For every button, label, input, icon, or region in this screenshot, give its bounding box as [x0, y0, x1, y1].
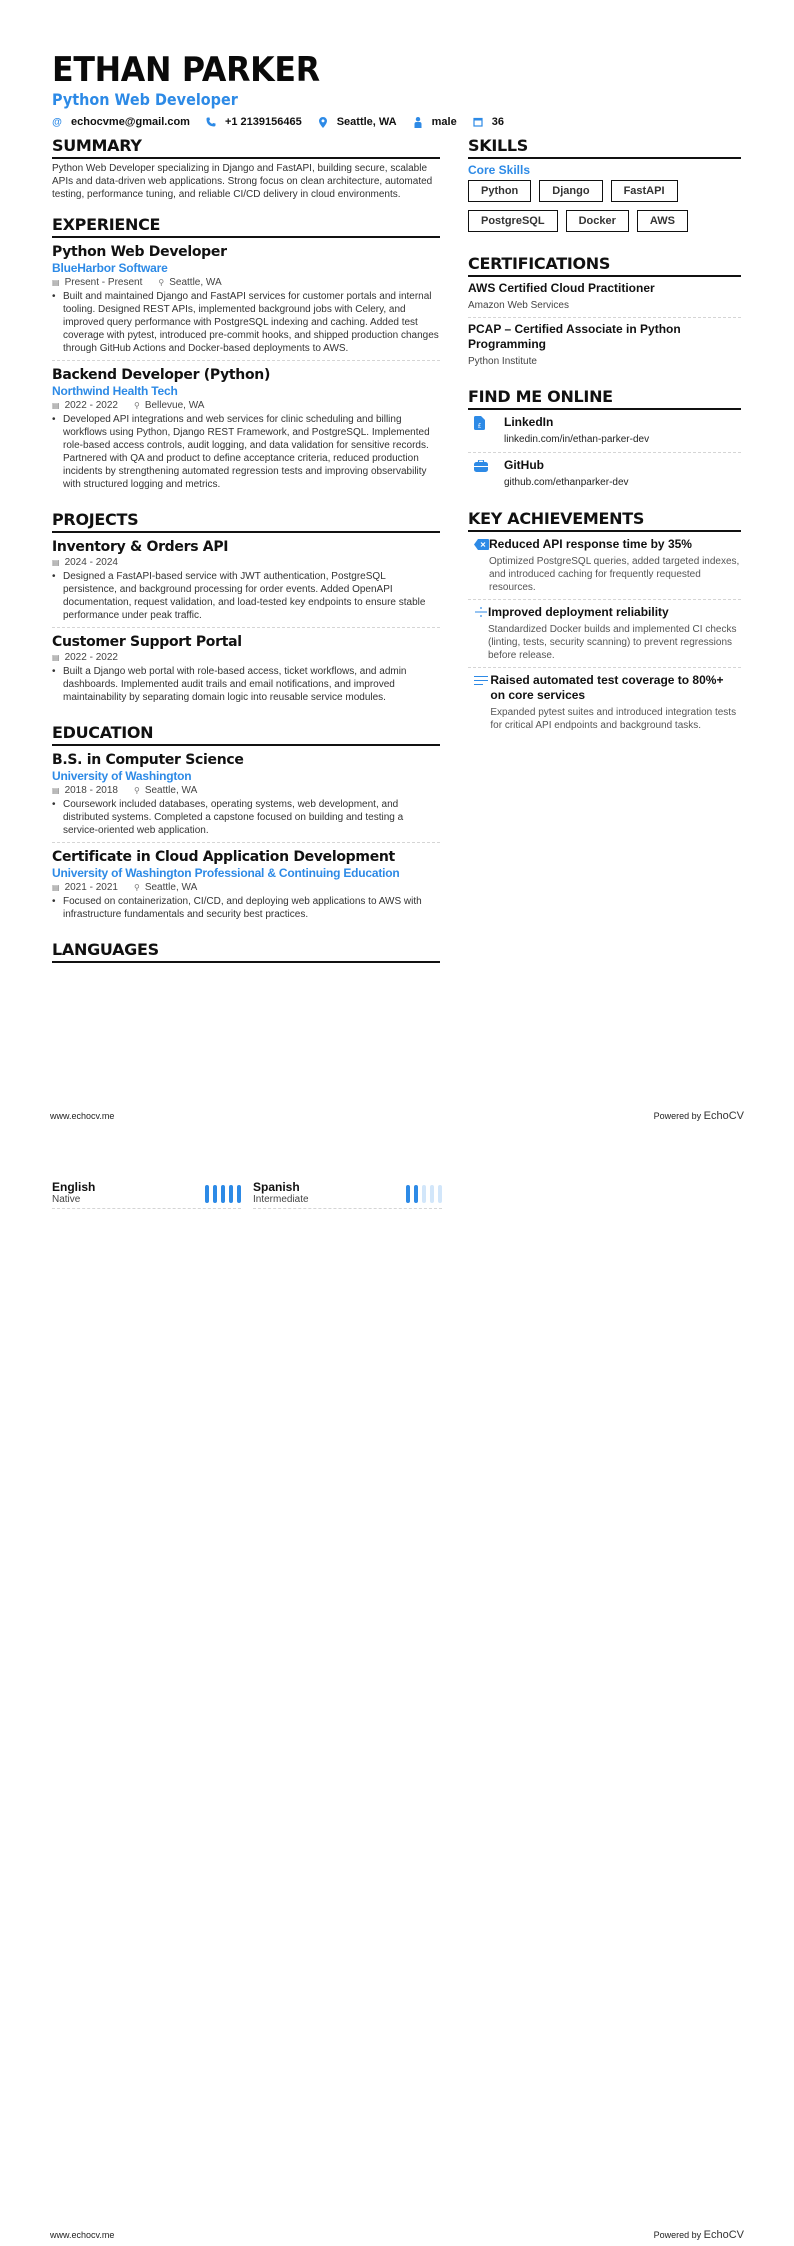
language-item: English Native [52, 1180, 241, 1209]
certification-title: AWS Certified Cloud Practitioner [468, 281, 741, 296]
project-title: Customer Support Portal [52, 633, 440, 651]
at-icon: @ [52, 117, 62, 128]
proficiency-bar [213, 1185, 217, 1203]
calendar-icon: ▤ [52, 399, 60, 413]
section-title-education: EDUCATION [52, 723, 440, 746]
contact-gender-value: male [432, 116, 457, 128]
candidate-role: Python Web Developer [52, 90, 473, 110]
online-profile-github[interactable]: GitHub github.com/ethanparker-dev [468, 453, 741, 495]
backspace-icon [468, 537, 489, 594]
location-pin-icon: ⚲ [134, 881, 140, 895]
calendar-icon: ▤ [52, 651, 60, 665]
project-entry: Inventory & Orders API ▤2024 - 2024 Desi… [52, 533, 440, 628]
contact-bar: @ echocvme@gmail.com +1 2139156465 Seatt… [52, 116, 520, 128]
certification-issuer: Amazon Web Services [468, 299, 741, 312]
person-icon [413, 117, 423, 128]
skill-tag: FastAPI [611, 180, 678, 202]
certification-item: AWS Certified Cloud Practitioner Amazon … [468, 277, 741, 318]
entry-meta: ▤2024 - 2024 [52, 556, 440, 570]
skills-subtitle: Core Skills [468, 162, 741, 178]
section-title-languages: LANGUAGES [52, 940, 440, 963]
achievement-item: Improved deployment reliability Standard… [468, 600, 741, 668]
section-title-summary: SUMMARY [52, 136, 440, 159]
language-proficiency-bars [205, 1180, 241, 1206]
location-pin-icon: ⚲ [158, 276, 164, 290]
footer-website[interactable]: www.echocv.me [50, 2230, 114, 2240]
location-pin-icon: ⚲ [134, 399, 140, 413]
contact-age-value: 36 [492, 116, 504, 128]
contact-location: Seattle, WA [318, 116, 397, 128]
section-title-certifications: CERTIFICATIONS [468, 254, 741, 277]
job-title: Python Web Developer [52, 243, 440, 261]
achievement-item: Reduced API response time by 35% Optimiz… [468, 532, 741, 600]
svg-text:£: £ [478, 423, 482, 430]
proficiency-bar [221, 1185, 225, 1203]
education-entry: Certificate in Cloud Application Develop… [52, 843, 440, 926]
project-entry: Customer Support Portal ▤2022 - 2022 Bui… [52, 628, 440, 709]
contact-gender: male [413, 116, 457, 128]
section-title-projects: PROJECTS [52, 510, 440, 533]
section-title-skills: SKILLS [468, 136, 741, 159]
certifications-section: CERTIFICATIONS AWS Certified Cloud Pract… [468, 254, 741, 373]
achievement-description: Optimized PostgreSQL queries, added targ… [489, 555, 741, 594]
right-column: SKILLS Core Skills Python Django FastAPI… [468, 136, 741, 751]
calendar-icon: ▤ [52, 881, 60, 895]
entry-meta: ▤2022 - 2022 [52, 651, 440, 665]
entry-dates: Present - Present [65, 276, 143, 290]
profile-url[interactable]: linkedin.com/in/ethan-parker-dev [504, 433, 649, 447]
language-proficiency-bars [406, 1180, 442, 1206]
entry-dates: 2022 - 2022 [65, 399, 118, 413]
entry-bullets: Focused on containerization, CI/CD, and … [52, 895, 440, 921]
profile-label: GitHub [504, 458, 629, 473]
proficiency-bar [406, 1185, 410, 1203]
lines-icon [468, 673, 490, 732]
skill-tag: AWS [637, 210, 688, 232]
proficiency-bar [430, 1185, 434, 1203]
footer-brand[interactable]: EchoCV [704, 1110, 744, 1122]
contact-phone[interactable]: +1 2139156465 [206, 116, 302, 128]
achievement-description: Standardized Docker builds and implement… [488, 623, 741, 662]
entry-bullets: Coursework included databases, operating… [52, 798, 440, 837]
degree-title: B.S. in Computer Science [52, 751, 440, 769]
experience-section: EXPERIENCE Python Web Developer BlueHarb… [52, 215, 440, 496]
entry-bullets: Developed API integrations and web servi… [52, 413, 440, 491]
summary-text: Python Web Developer specializing in Dja… [52, 162, 440, 201]
calendar-icon [473, 117, 483, 127]
company-name: Northwind Health Tech [52, 384, 440, 399]
skill-tag: PostgreSQL [468, 210, 558, 232]
contact-email-value: echocvme@gmail.com [71, 116, 190, 128]
achievements-section: KEY ACHIEVEMENTS Reduced API response ti… [468, 509, 741, 737]
proficiency-bar [414, 1185, 418, 1203]
location-pin-icon: ⚲ [134, 784, 140, 798]
skill-tag: Docker [566, 210, 629, 232]
divide-icon [468, 605, 488, 662]
contact-email[interactable]: @ echocvme@gmail.com [52, 116, 190, 128]
certification-title: PCAP – Certified Associate in Python Pro… [468, 322, 741, 352]
job-title: Backend Developer (Python) [52, 366, 440, 384]
education-entry: B.S. in Computer Science University of W… [52, 746, 440, 843]
skills-section: SKILLS Core Skills Python Django FastAPI… [468, 136, 741, 240]
achievement-title: Raised automated test coverage to 80%+ o… [490, 673, 741, 703]
linkedin-document-icon: £ [468, 415, 504, 447]
contact-age: 36 [473, 116, 504, 128]
entry-dates: 2024 - 2024 [65, 556, 118, 570]
entry-bullets: Designed a FastAPI-based service with JW… [52, 570, 440, 622]
projects-section: PROJECTS Inventory & Orders API ▤2024 - … [52, 510, 440, 709]
bullet-item: Coursework included databases, operating… [52, 798, 440, 837]
entry-dates: 2021 - 2021 [65, 881, 118, 895]
candidate-name: ETHAN PARKER [52, 52, 487, 88]
skill-tag: Python [468, 180, 531, 202]
resume-header: ETHAN PARKER Python Web Developer @ echo… [52, 52, 520, 128]
skill-tag: Django [539, 180, 602, 202]
bullet-item: Built and maintained Django and FastAPI … [52, 290, 440, 355]
entry-location: Seattle, WA [145, 881, 197, 895]
language-name: Spanish [253, 1180, 309, 1194]
footer-powered: Powered by EchoCV [654, 2229, 744, 2241]
bullet-item: Built a Django web portal with role-base… [52, 665, 440, 704]
entry-meta: ▤2022 - 2022 ⚲Bellevue, WA [52, 399, 440, 413]
powered-by-label: Powered by [654, 1111, 702, 1121]
languages-list: English Native Spanish Intermediate [52, 1180, 442, 1209]
page-footer: www.echocv.me Powered by EchoCV [50, 2229, 744, 2241]
profile-url[interactable]: github.com/ethanparker-dev [504, 476, 629, 490]
skill-tags: Python Django FastAPI PostgreSQL Docker … [468, 180, 741, 240]
left-column: SUMMARY Python Web Developer specializin… [52, 136, 440, 977]
calendar-icon: ▤ [52, 556, 60, 570]
section-title-achievements: KEY ACHIEVEMENTS [468, 509, 741, 532]
achievement-item: Raised automated test coverage to 80%+ o… [468, 668, 741, 737]
achievement-description: Expanded pytest suites and introduced in… [490, 706, 741, 732]
footer-brand[interactable]: EchoCV [704, 2229, 744, 2241]
contact-location-value: Seattle, WA [337, 116, 397, 128]
proficiency-bar [438, 1185, 442, 1203]
bullet-item: Developed API integrations and web servi… [52, 413, 440, 491]
proficiency-bar [229, 1185, 233, 1203]
entry-bullets: Built and maintained Django and FastAPI … [52, 290, 440, 355]
section-title-experience: EXPERIENCE [52, 215, 440, 238]
footer-website[interactable]: www.echocv.me [50, 1111, 114, 1121]
experience-entry: Python Web Developer BlueHarbor Software… [52, 238, 440, 361]
language-name: English [52, 1180, 95, 1194]
company-name: BlueHarbor Software [52, 261, 440, 276]
entry-meta: ▤Present - Present ⚲Seattle, WA [52, 276, 440, 290]
bullet-item: Focused on containerization, CI/CD, and … [52, 895, 440, 921]
entry-location: Seattle, WA [145, 784, 197, 798]
phone-icon [206, 117, 216, 127]
section-title-online: FIND ME ONLINE [468, 387, 741, 410]
summary-section: SUMMARY Python Web Developer specializin… [52, 136, 440, 201]
online-section: FIND ME ONLINE £ LinkedIn linkedin.com/i… [468, 387, 741, 495]
school-name: University of Washington [52, 769, 440, 784]
proficiency-bar [237, 1185, 241, 1203]
contact-phone-value: +1 2139156465 [225, 116, 302, 128]
school-name: University of Washington Professional & … [52, 866, 440, 881]
entry-meta: ▤2021 - 2021 ⚲Seattle, WA [52, 881, 440, 895]
calendar-icon: ▤ [52, 784, 60, 798]
footer-powered: Powered by EchoCV [654, 1110, 744, 1122]
github-briefcase-icon [468, 458, 504, 490]
entry-location: Seattle, WA [169, 276, 221, 290]
entry-meta: ▤2018 - 2018 ⚲Seattle, WA [52, 784, 440, 798]
language-level: Intermediate [253, 1194, 309, 1206]
location-pin-icon [318, 117, 328, 128]
entry-dates: 2018 - 2018 [65, 784, 118, 798]
languages-section: LANGUAGES [52, 940, 440, 963]
bullet-item: Designed a FastAPI-based service with JW… [52, 570, 440, 622]
language-item: Spanish Intermediate [253, 1180, 442, 1209]
proficiency-bar [205, 1185, 209, 1203]
language-level: Native [52, 1194, 95, 1206]
proficiency-bar [422, 1185, 426, 1203]
experience-entry: Backend Developer (Python) Northwind Hea… [52, 361, 440, 496]
achievement-title: Improved deployment reliability [488, 605, 741, 620]
education-section: EDUCATION B.S. in Computer Science Unive… [52, 723, 440, 926]
degree-title: Certificate in Cloud Application Develop… [52, 848, 440, 866]
entry-bullets: Built a Django web portal with role-base… [52, 665, 440, 704]
entry-location: Bellevue, WA [145, 399, 205, 413]
calendar-icon: ▤ [52, 276, 60, 290]
achievement-title: Reduced API response time by 35% [489, 537, 741, 552]
entry-dates: 2022 - 2022 [65, 651, 118, 665]
online-profile-linkedin[interactable]: £ LinkedIn linkedin.com/in/ethan-parker-… [468, 410, 741, 453]
certification-item: PCAP – Certified Associate in Python Pro… [468, 318, 741, 373]
project-title: Inventory & Orders API [52, 538, 440, 556]
page-footer: www.echocv.me Powered by EchoCV [50, 1110, 744, 1122]
profile-label: LinkedIn [504, 415, 649, 430]
powered-by-label: Powered by [654, 2230, 702, 2240]
certification-issuer: Python Institute [468, 355, 741, 368]
